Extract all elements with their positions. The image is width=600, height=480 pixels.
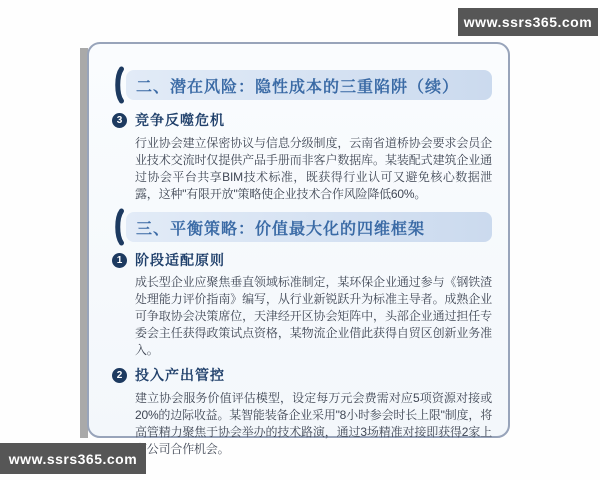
list-item-roi-control: 2 投入产出管控: [112, 365, 492, 385]
item-body: 行业协会建立保密协议与信息分级制度，云南省道桥协会要求会员企业技术交流时仅提供产…: [135, 135, 492, 203]
left-bracket-icon: [112, 66, 124, 104]
item-title: 阶段适配原则: [135, 250, 225, 270]
item-title: 投入产出管控: [135, 365, 225, 385]
section-title: 二、潜在风险：隐性成本的三重陷阱（续）: [136, 74, 459, 97]
watermark-top: www.ssrs365.com: [458, 8, 598, 36]
section-header-risks: 二、潜在风险：隐性成本的三重陷阱（续）: [112, 66, 492, 104]
left-bracket-icon: [112, 208, 124, 246]
item-title: 竞争反噬危机: [135, 110, 225, 130]
page: { "watermark": { "text": "www.ssrs365.co…: [0, 0, 600, 480]
number-badge-icon: 1: [112, 253, 127, 268]
list-item-competition-risk: 3 竞争反噬危机: [112, 110, 492, 130]
list-item-stage-matching: 1 阶段适配原则: [112, 250, 492, 270]
content-card: 二、潜在风险：隐性成本的三重陷阱（续） 3 竞争反噬危机 行业协会建立保密协议与…: [87, 42, 510, 438]
watermark-top-text: www.ssrs365.com: [464, 14, 592, 30]
section-header-bar: 二、潜在风险：隐性成本的三重陷阱（续）: [126, 70, 492, 100]
number-badge-icon: 3: [112, 113, 127, 128]
watermark-bottom: www.ssrs365.com: [0, 443, 146, 474]
watermark-bottom-text: www.ssrs365.com: [9, 451, 137, 467]
item-body: 建立协会服务价值评估模型，设定每万元会费需对应5项资源对接或20%的边际收益。某…: [135, 390, 492, 458]
section-header-strategy: 三、平衡策略：价值最大化的四维框架: [112, 208, 492, 246]
item-body: 成长型企业应聚焦垂直领域标准制定，某环保企业通过参与《钢铁渣处理能力评价指南》编…: [135, 274, 492, 359]
section-header-bar: 三、平衡策略：价值最大化的四维框架: [126, 212, 492, 242]
number-badge-icon: 2: [112, 368, 127, 383]
section-title: 三、平衡策略：价值最大化的四维框架: [136, 216, 425, 239]
